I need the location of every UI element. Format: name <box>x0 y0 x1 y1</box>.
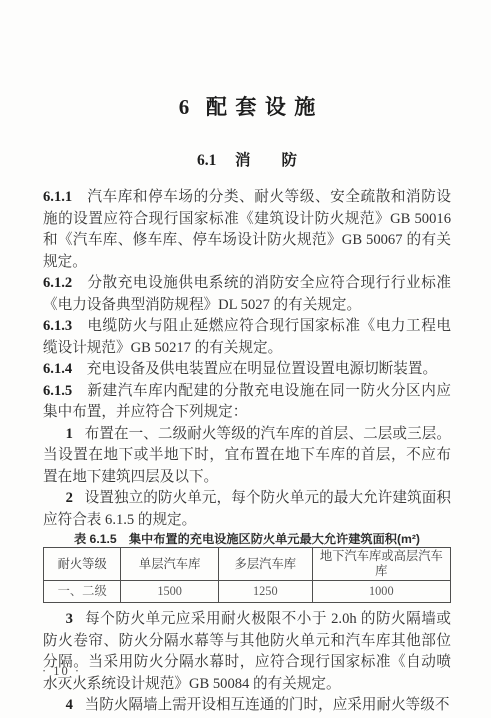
table-caption: 表 6.1.5 集中布置的充电设施区防火单元最大允许建筑面积(m²) <box>43 531 451 547</box>
section-title-text: 消防 <box>235 152 328 169</box>
clause-6-1-2: 6.1.2分散充电设施供电系统的消防安全应符合现行行业标准《电力设备典型消防规程… <box>43 273 451 316</box>
document-page: 6配套设施 6.1消防 6.1.1汽车库和停车场的分类、耐火等级、安全疏散和消防… <box>0 0 491 718</box>
table-wrapper: 耐火等级 单层汽车库 多层汽车库 地下汽车库或高层汽车库 一、二级 1500 1… <box>43 547 451 603</box>
clause-text: 分散充电设施供电系统的消防安全应符合现行行业标准《电力设备典型消防规程》DL 5… <box>43 275 451 313</box>
clause-6-1-4: 6.1.4充电设备及供电装置应在明显位置设置电源切断装置。 <box>43 359 451 381</box>
subclause-4: 4当防火隔墙上需开设相互连通的门时，应采用耐火等级不 <box>43 695 451 717</box>
clause-text: 新建汽车库内配建的分散充电设施在同一防火分区内应集中布置，并应符合下列规定： <box>43 383 451 421</box>
page-number: · 10 · <box>42 664 81 679</box>
clause-number: 6.1.4 <box>43 361 72 377</box>
subclause-text: 设置独立的防火单元，每个防火单元的最大允许建筑面积应符合表 6.1.5 的规定。 <box>43 490 451 528</box>
header-single-storey-garage: 单层汽车库 <box>121 548 219 581</box>
clause-text: 汽车库和停车场的分类、耐火等级、安全疏散和消防设施的设置应符合现行国家标准《建筑… <box>43 189 451 270</box>
subclause-text: 当防火隔墙上需开设相互连通的门时，应采用耐火等级不 <box>85 697 450 713</box>
clause-text: 充电设备及供电装置应在明显位置设置电源切断装置。 <box>87 361 437 377</box>
clause-6-1-5: 6.1.5新建汽车库内配建的分散充电设施在同一防火分区内应集中布置，并应符合下列… <box>43 381 451 424</box>
clause-number: 6.1.5 <box>43 383 72 399</box>
clause-6-1-1: 6.1.1汽车库和停车场的分类、耐火等级、安全疏散和消防设施的设置应符合现行国家… <box>43 187 451 273</box>
subclause-1: 1布置在一、二级耐火等级的汽车库的首层、二层或三层。当设置在地下或半地下时，宜布… <box>43 424 451 489</box>
cell-underground-value: 1000 <box>312 581 450 603</box>
header-multi-storey-garage: 多层汽车库 <box>219 548 313 581</box>
cell-fire-resistance-class: 一、二级 <box>44 581 121 603</box>
clause-number: 6.1.1 <box>43 189 72 205</box>
table-header-row: 耐火等级 单层汽车库 多层汽车库 地下汽车库或高层汽车库 <box>44 548 451 581</box>
subclause-number: 3 <box>66 611 73 627</box>
cell-multi-storey-value: 1250 <box>219 581 313 603</box>
clause-6-1-3: 6.1.3电缆防火与阻止延燃应符合现行国家标准《电力工程电缆设计规范》GB 50… <box>43 316 451 359</box>
subclause-text: 每个防火单元应采用耐火极限不小于 2.0h 的防火隔墙或防火卷帘、防火分隔水幕等… <box>43 611 451 692</box>
header-fire-resistance-class: 耐火等级 <box>44 548 121 581</box>
clause-number: 6.1.3 <box>43 318 72 334</box>
subclause-3: 3每个防火单元应采用耐火极限不小于 2.0h 的防火隔墙或防火卷帘、防火分隔水幕… <box>43 609 451 695</box>
document-body: 6.1.1汽车库和停车场的分类、耐火等级、安全疏散和消防设施的设置应符合现行国家… <box>43 187 451 717</box>
subclause-number: 4 <box>66 697 73 713</box>
chapter-title-text: 配套设施 <box>206 95 324 119</box>
clause-text: 电缆防火与阻止延燃应符合现行国家标准《电力工程电缆设计规范》GB 50217 的… <box>43 318 451 356</box>
subclause-text: 布置在一、二级耐火等级的汽车库的首层、二层或三层。当设置在地下或半地下时，宜布置… <box>43 426 451 485</box>
subclause-number: 1 <box>66 426 73 442</box>
clause-number: 6.1.2 <box>43 275 72 291</box>
subclause-number: 2 <box>66 490 73 506</box>
chapter-title: 6配套设施 <box>43 94 451 120</box>
chapter-number: 6 <box>179 95 190 119</box>
fire-unit-area-table: 耐火等级 单层汽车库 多层汽车库 地下汽车库或高层汽车库 一、二级 1500 1… <box>43 547 451 603</box>
table-row: 一、二级 1500 1250 1000 <box>44 581 451 603</box>
header-underground-or-highrise-garage: 地下汽车库或高层汽车库 <box>312 548 450 581</box>
cell-single-storey-value: 1500 <box>121 581 219 603</box>
section-title: 6.1消防 <box>43 151 451 170</box>
section-number: 6.1 <box>197 152 216 169</box>
subclause-2: 2设置独立的防火单元，每个防火单元的最大允许建筑面积应符合表 6.1.5 的规定… <box>43 488 451 531</box>
